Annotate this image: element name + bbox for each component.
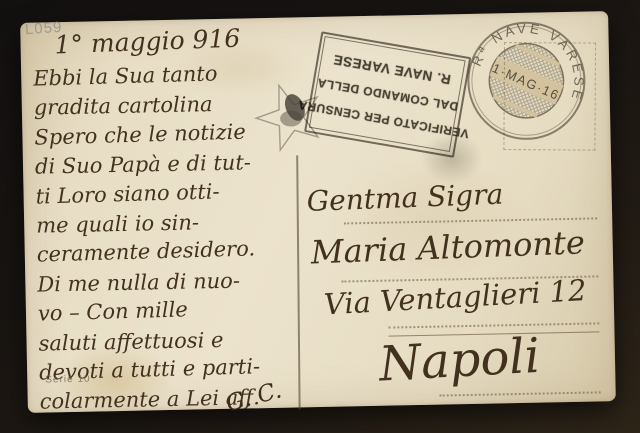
message-date: 1° maggio 916 [54, 21, 313, 60]
serie-label: Serie 10 [45, 374, 90, 386]
photo-background: L059 1° maggio 916 Ebbi la Sua tanto gra… [0, 0, 640, 433]
address-city: Napoli [378, 328, 542, 393]
address-recipient-name: Maria Altomonte [310, 223, 585, 271]
address-rule [388, 322, 599, 328]
address-rule [440, 391, 601, 396]
postcard: 1° maggio 916 Ebbi la Sua tanto gradita … [20, 11, 616, 413]
photo-watermark: L059 [24, 19, 62, 39]
address-recipient-title: Gentma Sigra [306, 178, 504, 218]
